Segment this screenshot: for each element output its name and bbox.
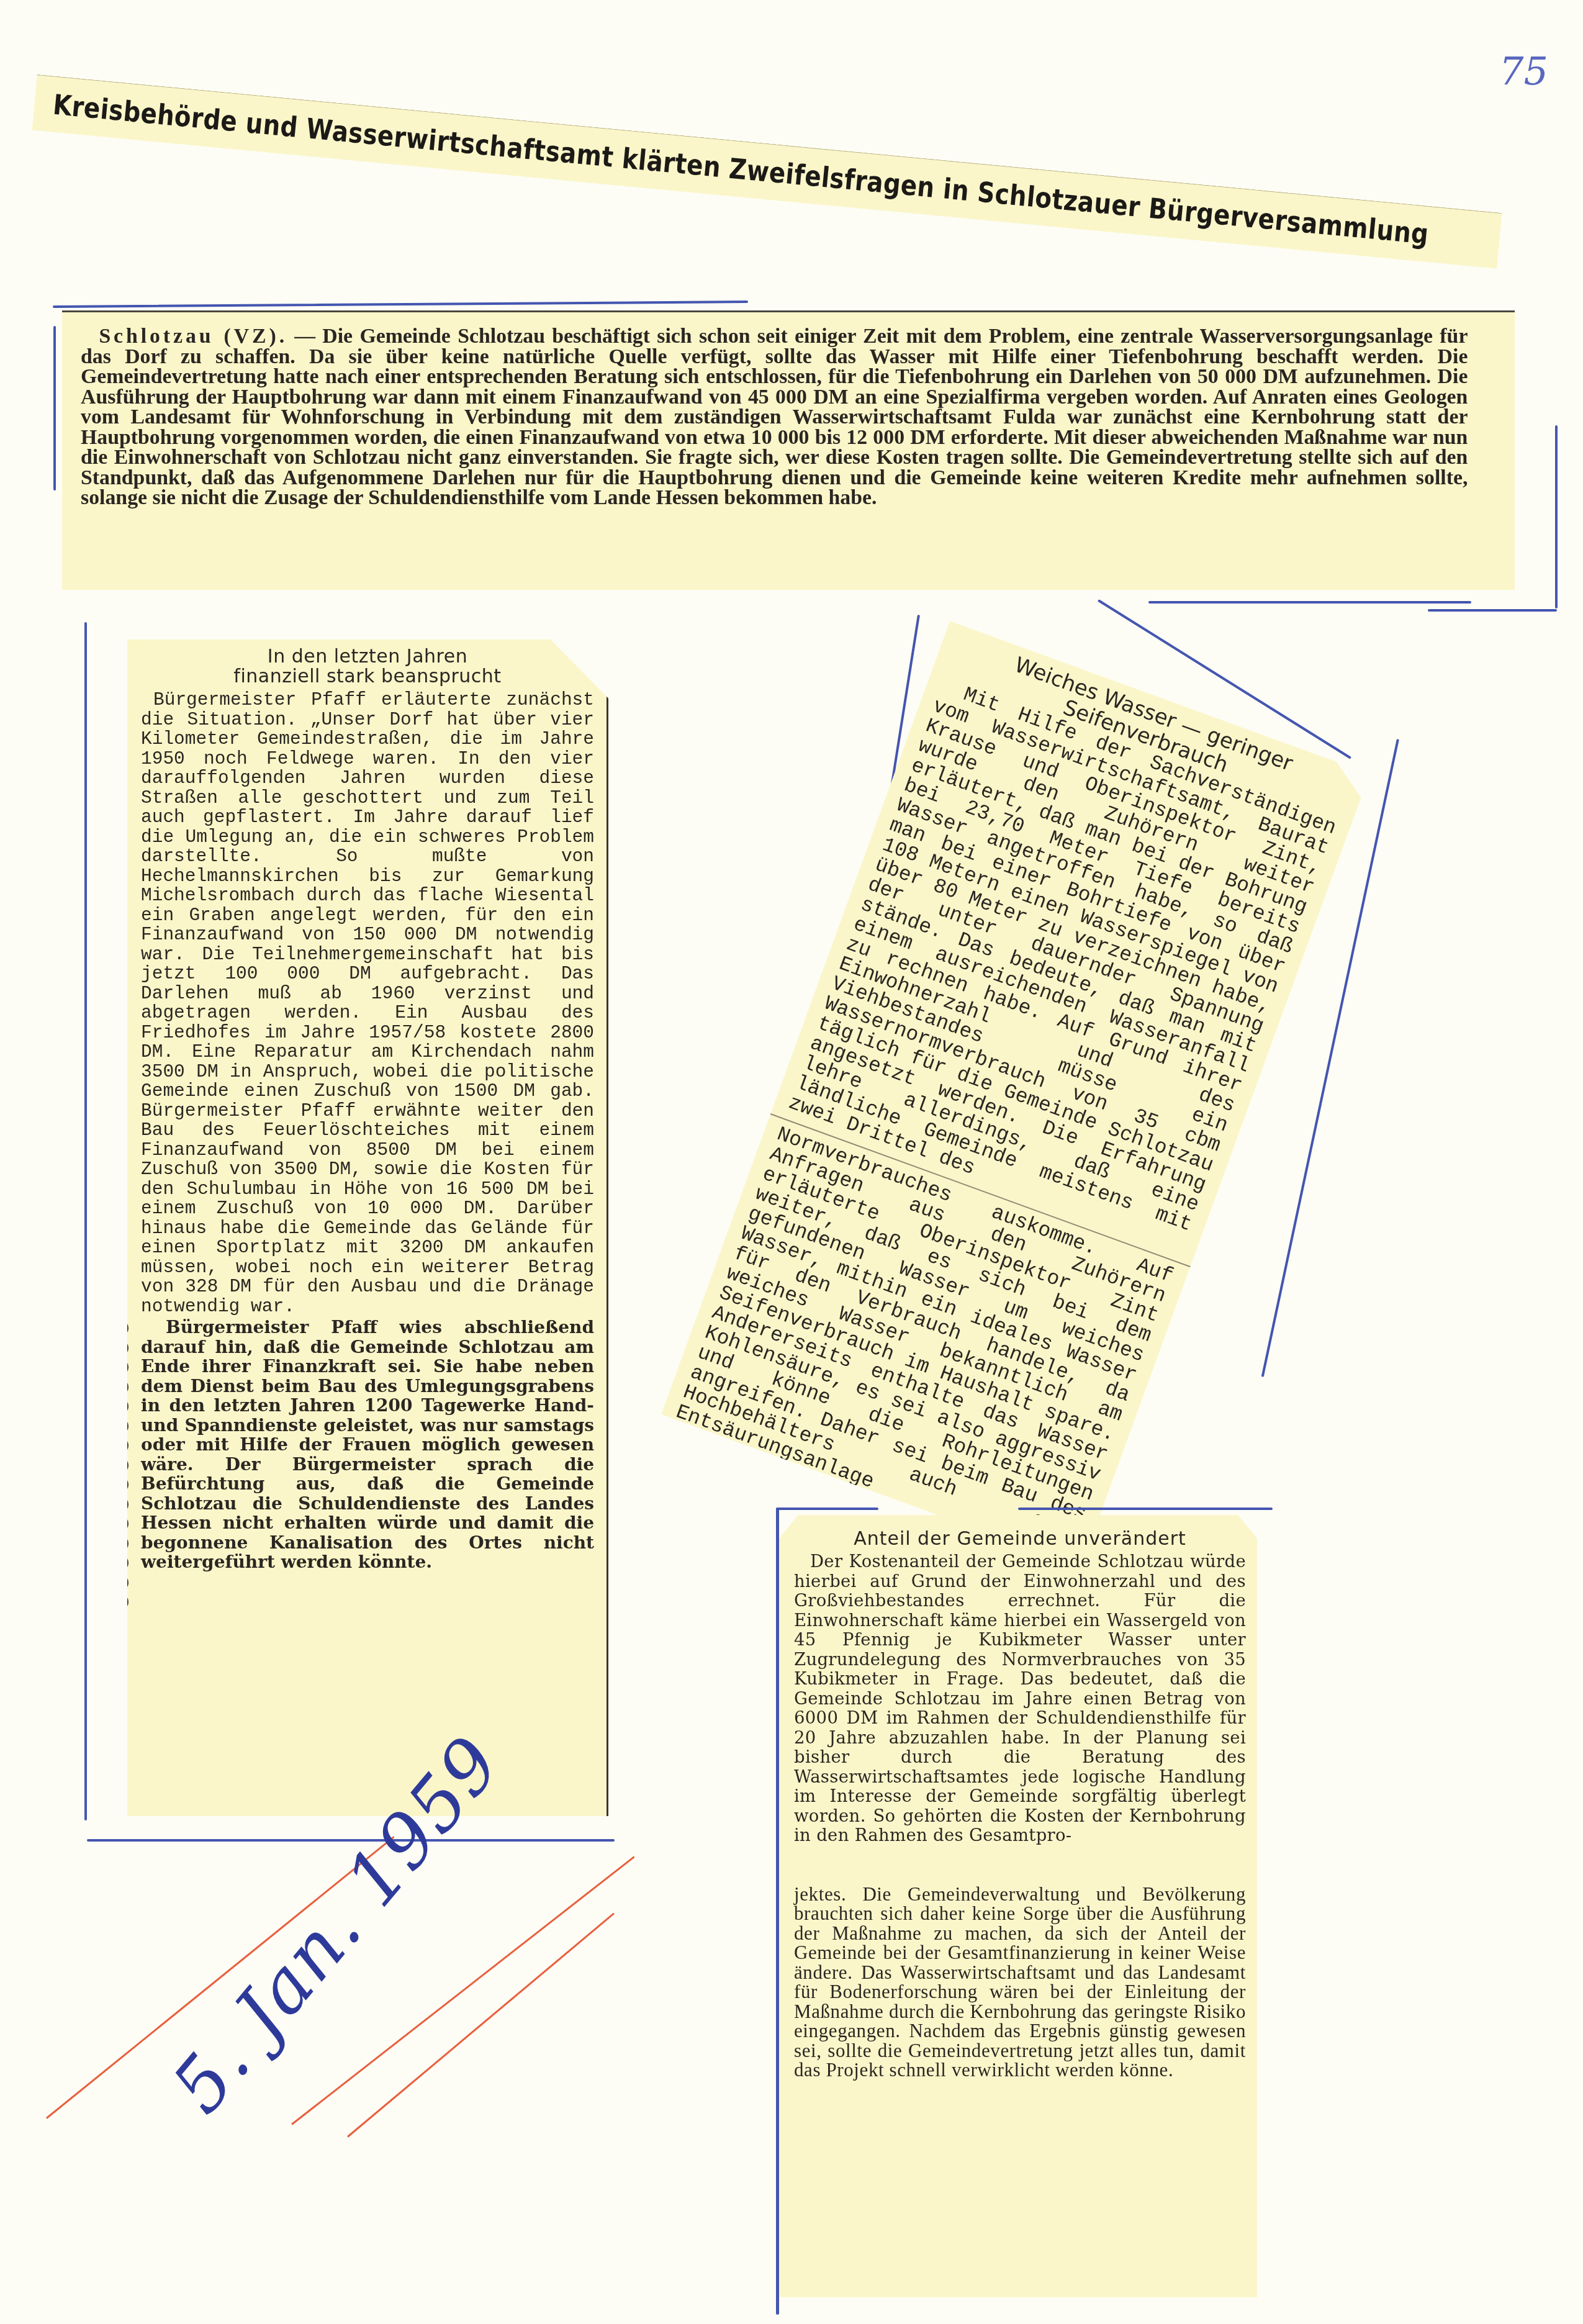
lead-body: — Die Gemeinde Schlotzau beschäftigt sic… (81, 324, 1468, 509)
margin-bullet-icon (112, 1379, 129, 1395)
margin-bullet-icon (112, 1575, 129, 1591)
bottom-body-part2: jektes. Die Gemeindeverwaltung und Bevöl… (794, 1884, 1246, 2080)
margin-bullet-icon (112, 1359, 129, 1375)
left-closing-paragraph: Bürgermeister Pfaff wies abschließend da… (141, 1317, 594, 1572)
left-body: Bürgermeister Pfaff erläuterte zunächst … (141, 690, 594, 1316)
bottom-body-part1: Der Kostenanteil der Gemeinde Schlotzau … (794, 1552, 1246, 1846)
margin-bullet-icon (112, 1437, 129, 1454)
lead-article-text: Schlotzau (VZ). — Die Gemeinde Schlotzau… (81, 326, 1468, 508)
pen-frame-line (776, 1508, 779, 2315)
tilted-clipping: Weiches Wasser — geringer Seifenverbrauc… (661, 621, 1370, 1567)
left-closing-paragraph-block: Bürgermeister Pfaff wies abschließend da… (141, 1318, 594, 1572)
left-heading-line1: In den letzten Jahren (268, 646, 467, 667)
margin-bullet-icon (112, 1418, 129, 1434)
left-column-clipping: In den letzten Jahren finanziell stark b… (127, 640, 608, 1816)
margin-bullet-icon (112, 1516, 129, 1532)
margin-bullet-icon (112, 1535, 129, 1552)
lead-article-clipping: Schlotzau (VZ). — Die Gemeinde Schlotzau… (62, 310, 1515, 590)
margin-bullet-icon (112, 1320, 129, 1336)
margin-bullet-icon (112, 1555, 129, 1571)
left-heading-line2: finanziell stark beansprucht (233, 666, 501, 687)
headline-clipping: Kreisbehörde und Wasserwirtschaftsamt kl… (32, 75, 1502, 269)
margin-bullet-icon (112, 1398, 129, 1414)
pen-frame-line (1018, 1508, 1273, 1510)
pen-frame-line (53, 301, 748, 308)
bottom-heading: Anteil der Gemeinde unverändert (794, 1515, 1246, 1550)
handwritten-page-number: 75 (1499, 48, 1548, 94)
bottom-right-clipping: Anteil der Gemeinde unverändert Der Kost… (779, 1515, 1257, 2297)
margin-bullet-icon (112, 1594, 129, 1610)
margin-bullet-icon (112, 1476, 129, 1493)
pen-frame-line (53, 326, 56, 491)
headline-text: Kreisbehörde und Wasserwirtschaftsamt kl… (52, 88, 1430, 250)
pen-frame-line (1148, 601, 1471, 604)
margin-bullet-icon (112, 1340, 129, 1356)
pen-frame-line (84, 622, 87, 1820)
pen-frame-line (1428, 609, 1557, 612)
margin-bullet-icon (112, 1496, 129, 1512)
red-pencil-line (347, 1912, 615, 2137)
pen-frame-line (1555, 425, 1558, 608)
margin-bullets (112, 1320, 130, 1614)
pen-frame-line (776, 1508, 878, 1510)
margin-bullet-icon (112, 1457, 129, 1473)
tilted-clipping-wrapper: Weiches Wasser — geringer Seifenverbrauc… (652, 621, 1399, 1601)
